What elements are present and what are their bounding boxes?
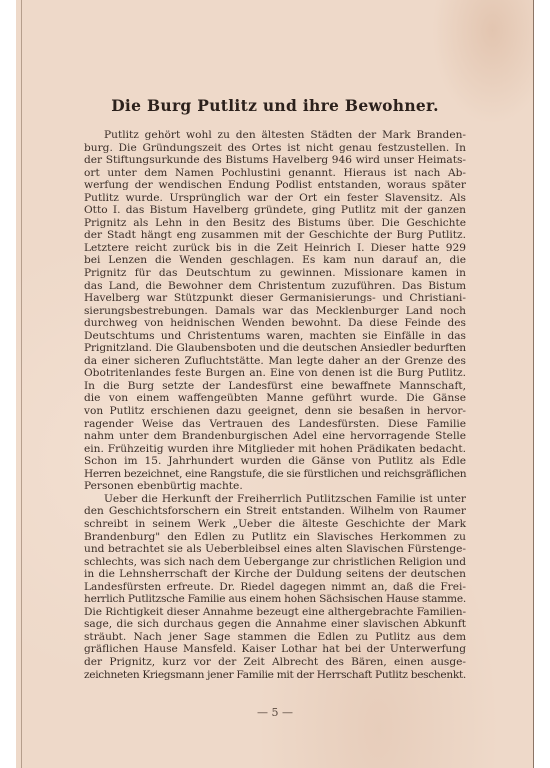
text-line: In die Burg setzte der Landesfürst eine … <box>84 380 466 393</box>
text-line: die von einem waffengeübten Manne geführ… <box>84 392 466 405</box>
text-line: Deutschtums und Christentums waren, mach… <box>84 330 466 343</box>
text-line: Herren bezeichnet, eine Rangstufe, die s… <box>84 468 466 481</box>
text-line: durchweg von heidnischen Wenden bewohnt.… <box>84 317 466 330</box>
text-line: nahm unter dem Brandenburgischen Adel ei… <box>84 430 466 443</box>
text-line: der Prignitz, kurz vor der Zeit Albrecht… <box>84 656 466 669</box>
text-line: in die Lehnsherrschaft der Kirche der Du… <box>84 568 466 581</box>
text-line: burg. Die Gründungszeit des Ortes ist ni… <box>84 142 466 155</box>
text-line: da einer sicheren Zufluchtstätte. Man le… <box>84 355 466 368</box>
text-line: der Stadt hängt eng zusammen mit der Ges… <box>84 229 466 242</box>
paragraph-1: Putlitz gehört wohl zu den ältesten Städ… <box>84 129 466 493</box>
text-line: Letztere reicht zurück bis in die Zeit H… <box>84 242 466 255</box>
text-line: Brandenburg" den Edlen zu Putlitz ein Sl… <box>84 531 466 544</box>
text-line: gräflichen Hause Mansfeld. Kaiser Lothar… <box>84 643 466 656</box>
text-line: ort unter dem Namen Pochlustini genannt.… <box>84 167 466 180</box>
text-line: den Geschichtsforschern ein Streit entst… <box>84 505 466 518</box>
text-line: Landesfürsten erfreute. Dr. Riedel dageg… <box>84 581 466 594</box>
body-text: Putlitz gehört wohl zu den ältesten Städ… <box>84 129 466 681</box>
text-line: und betrachtet sie als Ueberbleibsel ein… <box>84 543 466 556</box>
text-line: werfung der wendischen Endung Podlist en… <box>84 179 466 192</box>
text-line: sage, die sich durchaus gegen die Annahm… <box>84 618 466 631</box>
text-line: Putlitz gehört wohl zu den ältesten Städ… <box>84 129 466 142</box>
text-line: Die Richtigkeit dieser Annahme bezeugt e… <box>84 606 466 619</box>
text-line: Havelberg war Stützpunkt dieser Germanis… <box>84 292 466 305</box>
text-line: Ueber die Herkunft der Freiherrlich Putl… <box>84 493 466 506</box>
text-line: Prignitz für das Deutschtum zu gewinnen.… <box>84 267 466 280</box>
text-line: sierungsbestrebungen. Damals war das Mec… <box>84 305 466 318</box>
text-line: ein. Frühzeitig wurden ihre Mitglieder m… <box>84 443 466 456</box>
text-line: Putlitz wurde. Ursprünglich war der Ort … <box>84 192 466 205</box>
binding-fold-line <box>21 0 22 768</box>
text-line: von Putlitz erschienen dazu geeignet, de… <box>84 405 466 418</box>
text-line: ragender Weise das Vertrauen des Landesf… <box>84 418 466 431</box>
text-line: schreibt in seinem Werk „Ueber die ältes… <box>84 518 466 531</box>
paragraph-2: Ueber die Herkunft der Freiherrlich Putl… <box>84 493 466 681</box>
text-line: Obotritenlandes feste Burgen an. Eine vo… <box>84 367 466 380</box>
text-line: Schon im 15. Jahrhundert wurden die Gäns… <box>84 455 466 468</box>
text-line: herrlich Putlitzsche Familie aus einem h… <box>84 593 466 606</box>
text-line: Prignitz als Lehn in den Besitz des Bist… <box>84 217 466 230</box>
text-line: Personen ebenbürtig machte. <box>84 480 466 493</box>
text-line: bei Lenzen die Wenden geschlagen. Es kam… <box>84 254 466 267</box>
text-line: zeichneten Kriegsmann jener Familie mit … <box>84 669 466 682</box>
text-line: sträubt. Nach jener Sage stammen die Edl… <box>84 631 466 644</box>
page-title: Die Burg Putlitz und ihre Bewohner. <box>84 96 466 115</box>
text-line: der Stiftungsurkunde des Bistums Havelbe… <box>84 154 466 167</box>
text-line: schlechts, was sich nach dem Uebergange … <box>84 556 466 569</box>
page-edge <box>533 0 534 768</box>
text-line: Otto I. das Bistum Havelberg gründete, g… <box>84 204 466 217</box>
page-number: — 5 — <box>84 706 466 719</box>
text-line: Prignitzland. Die Glaubensboten und die … <box>84 342 466 355</box>
text-line: das Land, die Bewohner dem Christentum z… <box>84 280 466 293</box>
